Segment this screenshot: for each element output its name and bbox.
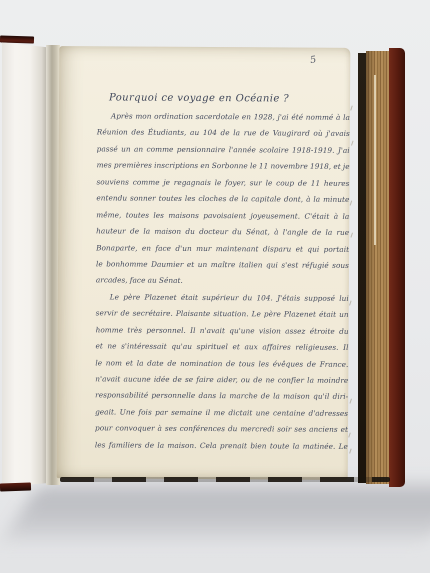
manuscript-line: Réunion des Étudiants, au 104 de la rue … — [97, 125, 350, 143]
manuscript-line: hauteur de la maison du docteur du Sénat… — [96, 223, 349, 241]
manuscript-line: Après mon ordination sacerdotale en 1928… — [97, 108, 350, 126]
book-bottom-edge — [60, 477, 390, 482]
manuscript-line: geait. Une fois par semaine il me dictai… — [95, 404, 348, 422]
manuscript-line: arcades, face au Sénat. — [96, 273, 349, 291]
manuscript-line: responsabilité personnelle dans la march… — [95, 388, 348, 406]
manuscript-line: Bonaparte, en face d'un mur maintenant d… — [96, 240, 349, 258]
back-cover-edge — [389, 48, 405, 487]
manuscript-line: entendu sonner toutes les cloches de la … — [96, 191, 349, 209]
manuscript-line: mes premières inscriptions en Sorbonne l… — [97, 158, 350, 176]
manuscript-line: homme très personnel. Il n'avait qu'une … — [96, 322, 349, 340]
book-photo: 5 Pourquoi ce voyage en Océanie ? Après … — [0, 0, 430, 573]
manuscript-line: n'avait aucune idée de se faire aider, o… — [95, 371, 348, 389]
manuscript-line: les familiers de la maison. Cela prenait… — [95, 437, 348, 455]
front-cover-board — [2, 41, 47, 488]
front-cover-top-edge — [0, 35, 34, 43]
manuscript-line: et ne s'intéressait qu'au spirituel et a… — [95, 338, 348, 356]
manuscript-line: Le père Plazenet était supérieur du 104.… — [96, 289, 349, 307]
manuscript-line: le bonhomme Daumier et un maître italien… — [96, 256, 349, 274]
book-cast-shadow — [3, 486, 430, 540]
manuscript-line: souviens comme je regagnais le foyer, su… — [96, 174, 349, 192]
manuscript-page: 5 Pourquoi ce voyage en Océanie ? Après … — [57, 46, 351, 480]
manuscript-line: même, toutes les maisons pavoisaient joy… — [96, 207, 349, 225]
manuscript-line: servir de secrétaire. Plaisante situatio… — [96, 306, 349, 324]
manuscript-text-block: Pourquoi ce voyage en Océanie ? Après mo… — [95, 90, 350, 455]
fore-edge-deckle — [366, 51, 390, 484]
front-cover-bottom-edge — [0, 482, 31, 491]
page-number: 5 — [309, 54, 317, 66]
manuscript-line: pour convoquer à ses conférences du merc… — [95, 421, 348, 439]
manuscript-title: Pourquoi ce voyage en Océanie ? — [97, 90, 350, 110]
manuscript-line: le nom et la date de nomination de tous … — [95, 355, 348, 373]
manuscript-line: passé un an comme pensionnaire l'année s… — [97, 141, 350, 159]
fore-edge-highlight — [374, 75, 376, 245]
